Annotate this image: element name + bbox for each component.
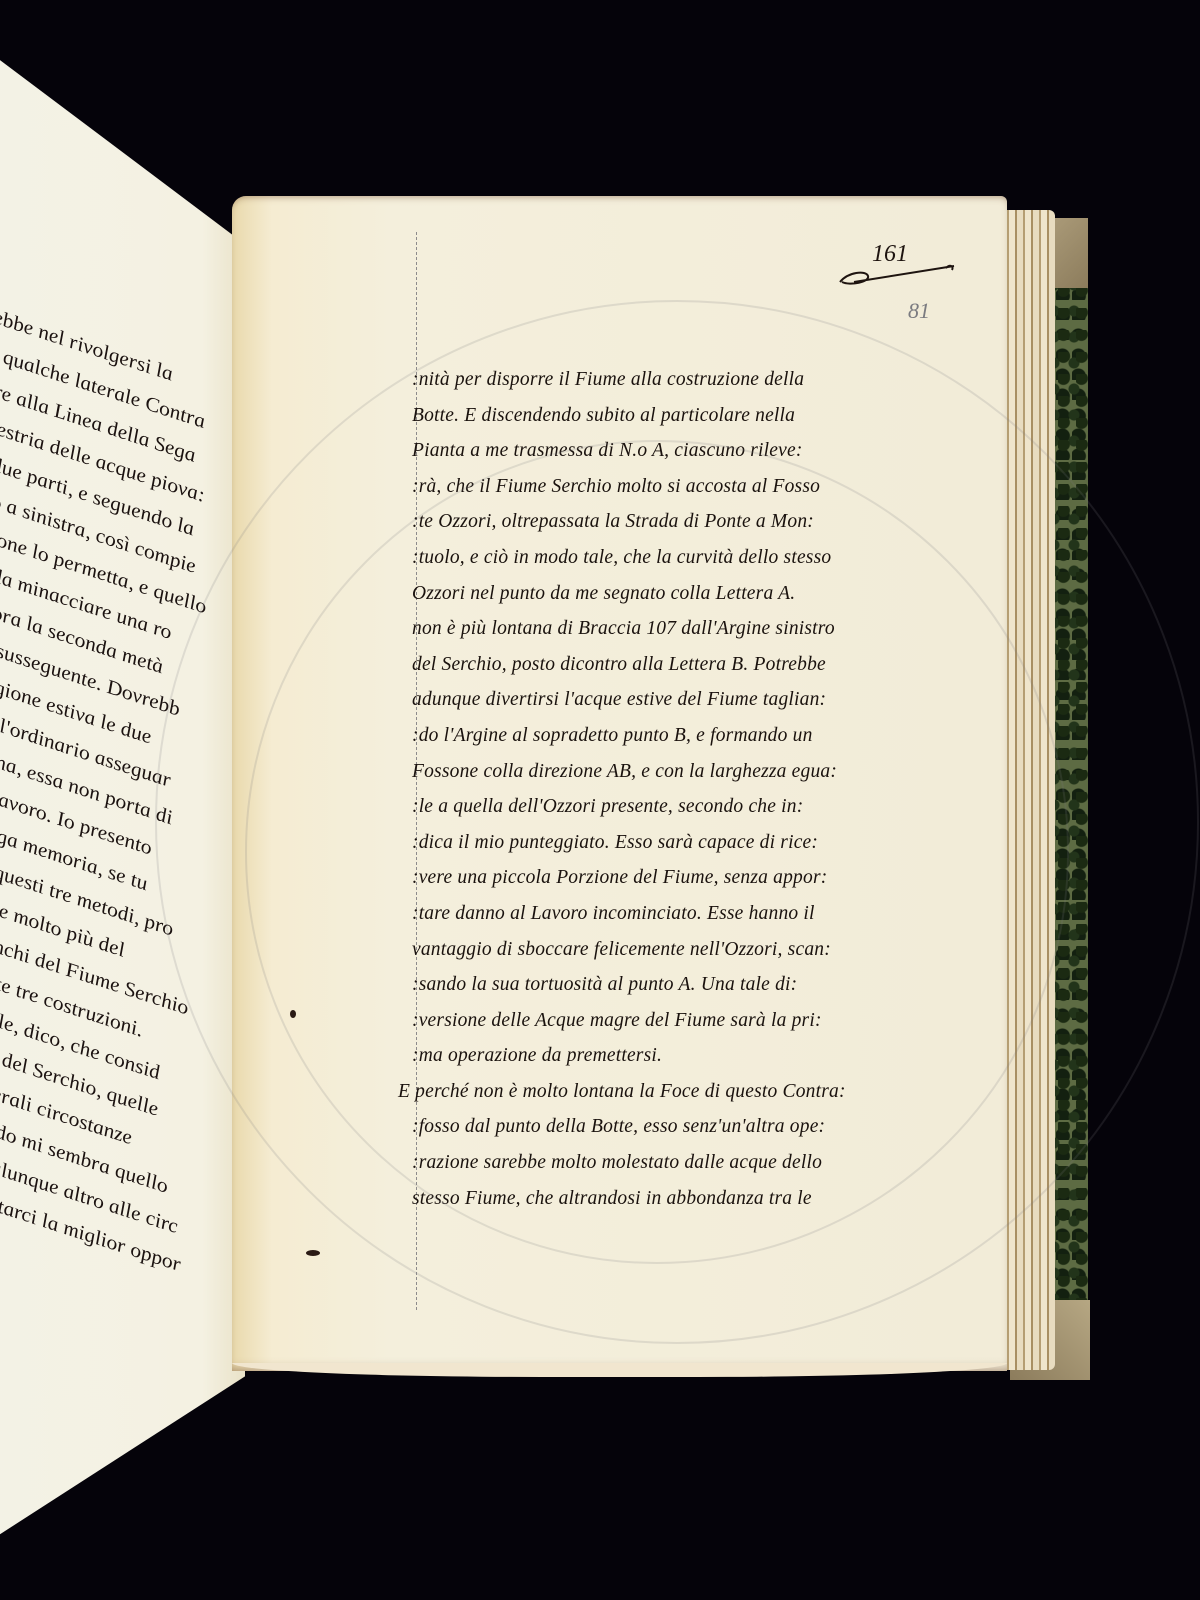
right-line: del Serchio, posto dicontro alla Lettera… <box>412 647 972 683</box>
right-line: :tare danno al Lavoro incominciato. Esse… <box>412 896 972 932</box>
left-page-text: ...otrebbe nel rivolgersi la ...per qual… <box>0 285 214 1294</box>
right-line: :te Ozzori, oltrepassata la Strada di Po… <box>412 504 972 540</box>
right-page: 161 81 :nità per disporre il Fiume alla … <box>232 196 1007 1371</box>
right-line: adunque divertirsi l'acque estive del Fi… <box>412 682 972 718</box>
right-line: :sando la sua tortuosità al punto A. Una… <box>412 967 972 1003</box>
right-line: :razione sarebbe molto molestato dalle a… <box>412 1145 972 1181</box>
right-line: Ozzori nel punto da me segnato colla Let… <box>412 576 972 612</box>
right-line: :dica il mio punteggiato. Esso sarà capa… <box>412 825 972 861</box>
ink-mark <box>290 1010 296 1018</box>
right-line: vantaggio di sboccare felicemente nell'O… <box>412 932 972 968</box>
right-line: :versione delle Acque magre del Fiume sa… <box>412 1003 972 1039</box>
right-line: :nità per disporre il Fiume alla costruz… <box>412 362 972 398</box>
right-line: :ma operazione da premettersi. <box>412 1038 972 1074</box>
folio-flourish-icon <box>838 256 956 286</box>
right-line: non è più lontana di Braccia 107 dall'Ar… <box>412 611 972 647</box>
right-line: :le a quella dell'Ozzori presente, secon… <box>412 789 972 825</box>
right-line: E perché non è molto lontana la Foce di … <box>398 1074 972 1110</box>
right-line: :rà, che il Fiume Serchio molto si accos… <box>412 469 972 505</box>
right-line: :do l'Argine al sopradetto punto B, e fo… <box>412 718 972 754</box>
right-page-text: :nità per disporre il Fiume alla costruz… <box>412 362 972 1216</box>
right-line: Fossone colla direzione AB, e con la lar… <box>412 754 972 790</box>
right-line: stesso Fiume, che altrandosi in abbondan… <box>412 1181 972 1217</box>
right-line: Pianta a me trasmessa di N.o A, ciascuno… <box>412 433 972 469</box>
manuscript-photo: ...otrebbe nel rivolgersi la ...per qual… <box>0 0 1200 1600</box>
pencil-page-number: 81 <box>908 298 930 324</box>
ink-mark <box>306 1250 320 1256</box>
right-line: :vere una piccola Porzione del Fiume, se… <box>412 860 972 896</box>
right-line: Botte. E discendendo subito al particola… <box>412 398 972 434</box>
right-line: :fosso dal punto della Botte, esso senz'… <box>412 1109 972 1145</box>
right-line: :tuolo, e ciò in modo tale, che la curvi… <box>412 540 972 576</box>
left-page: ...otrebbe nel rivolgersi la ...per qual… <box>0 30 245 1560</box>
